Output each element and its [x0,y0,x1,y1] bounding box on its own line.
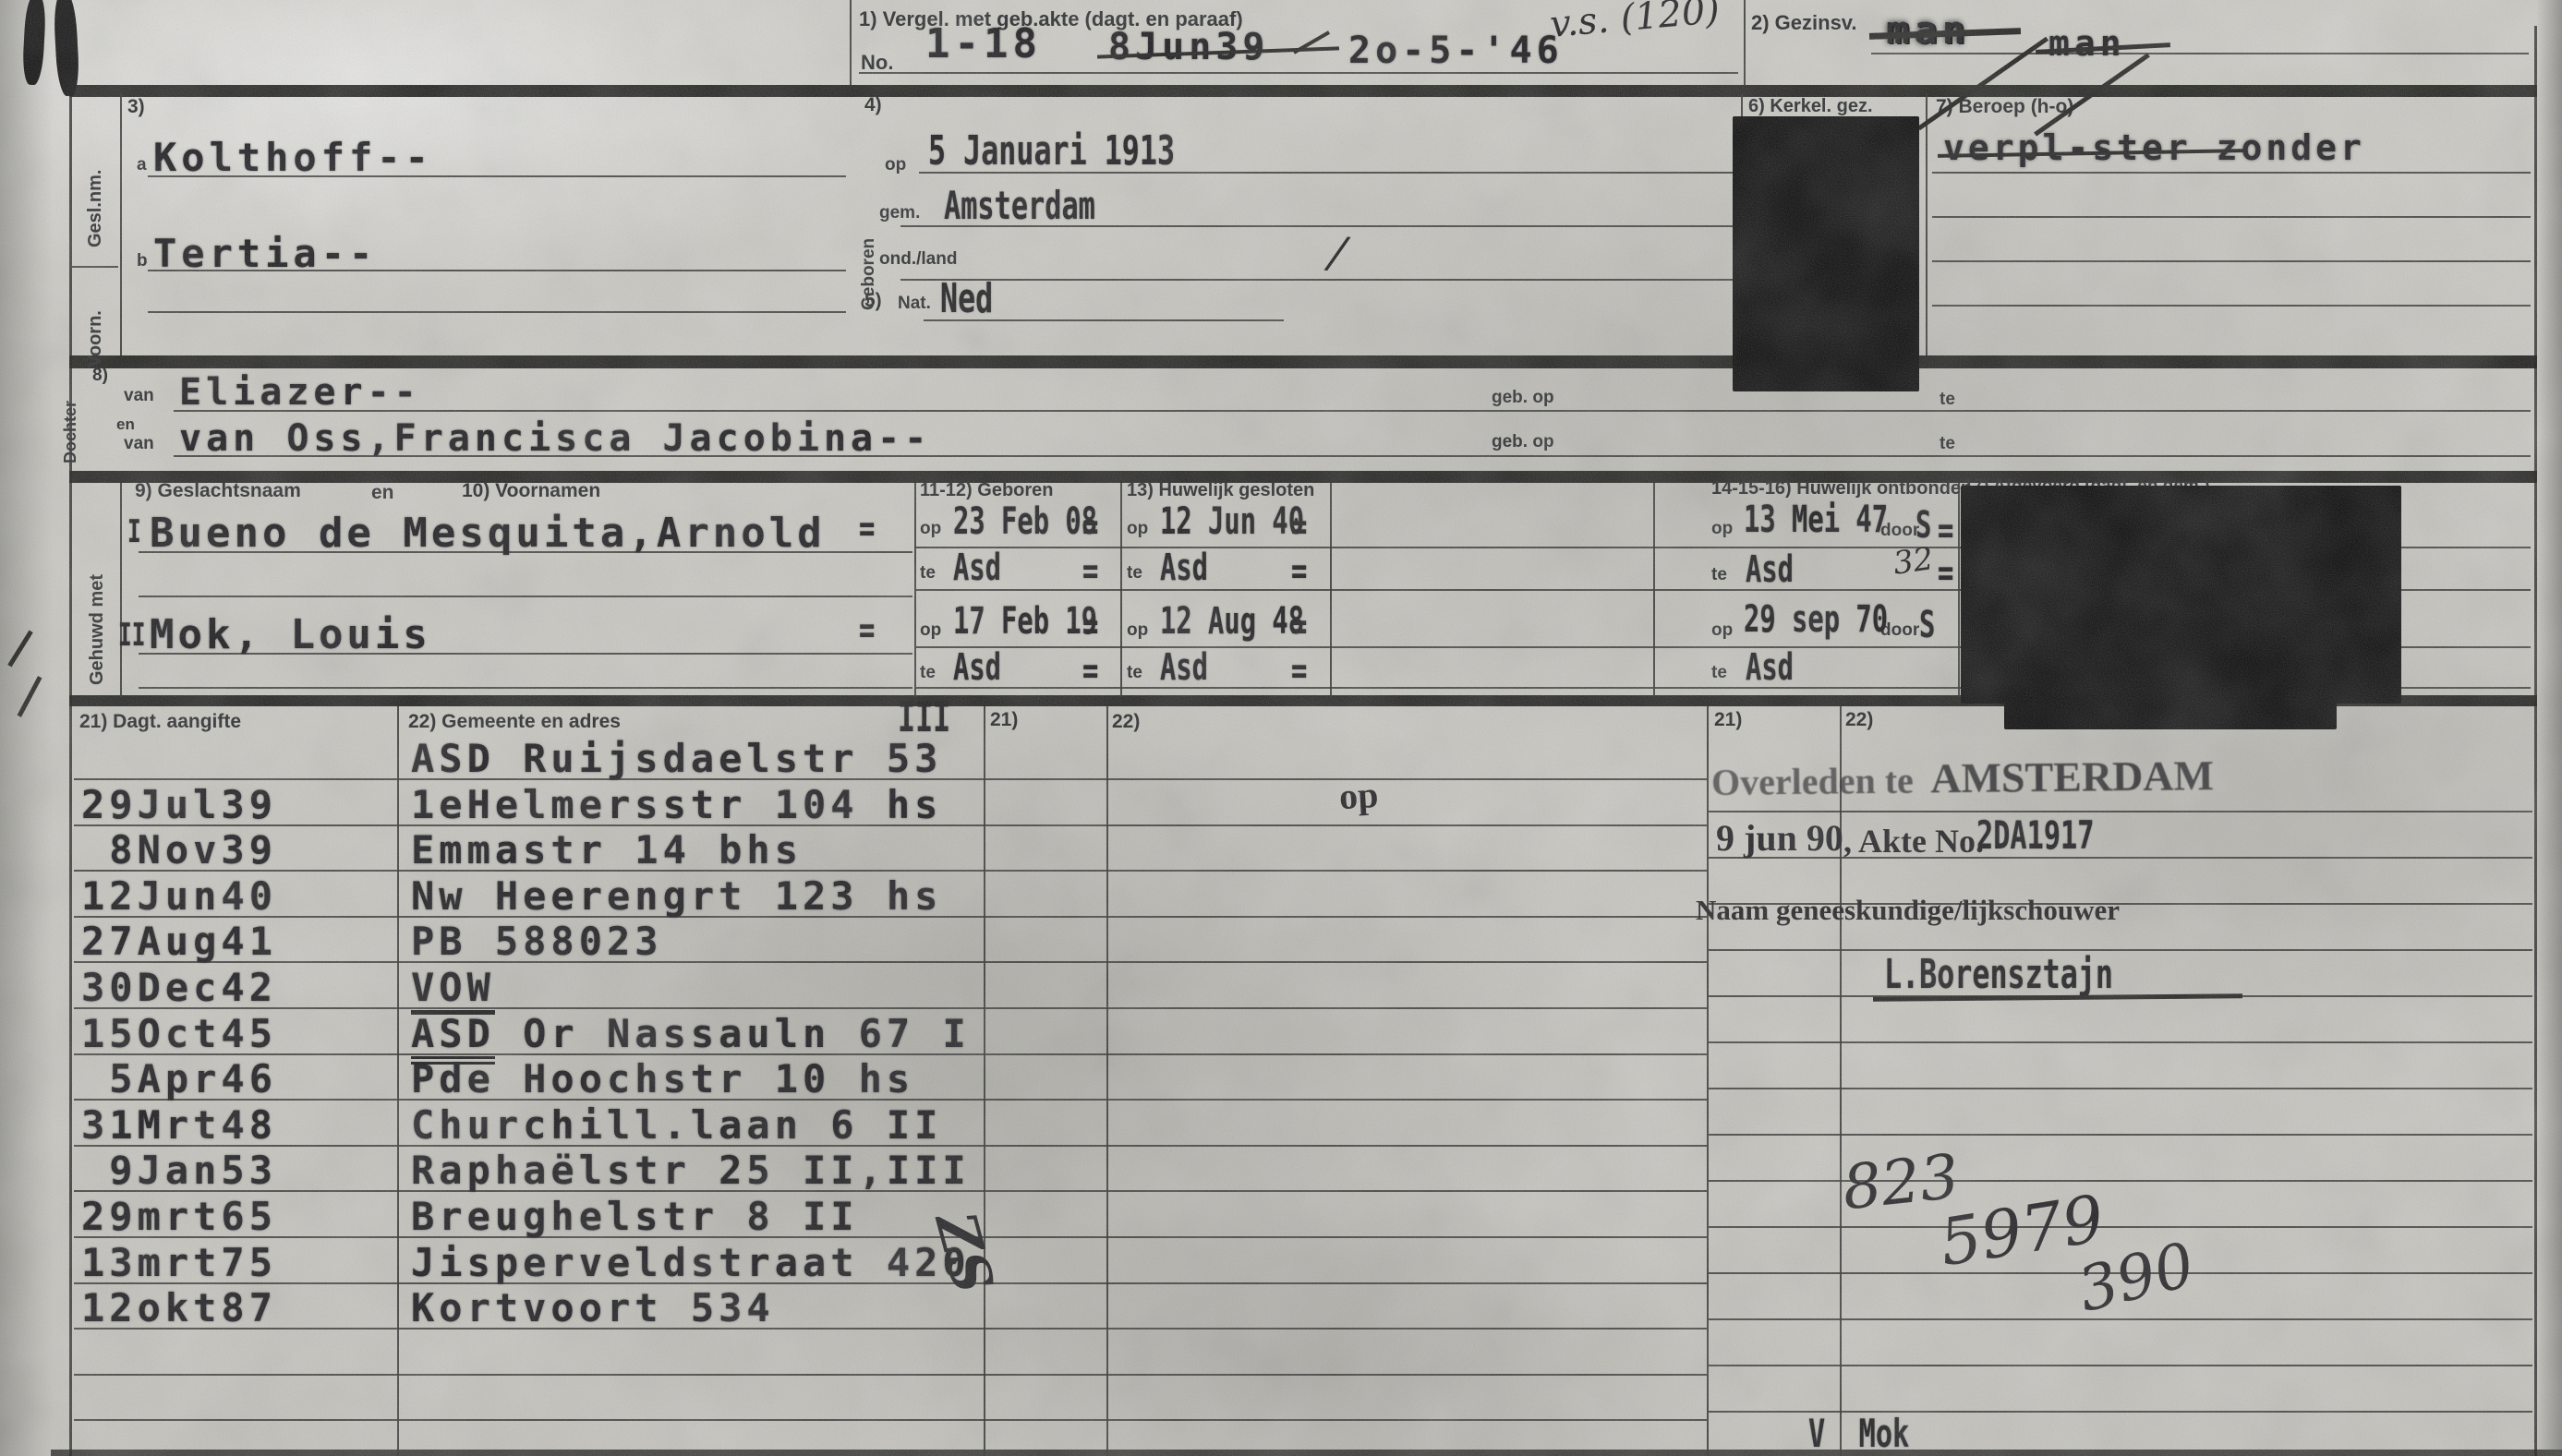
struck-date: 8Jun39 [1108,26,1270,68]
rule-line [1709,811,2532,812]
equals-mark: = [1082,606,1098,648]
border [850,0,852,85]
table-row-date: 30Dec42 [81,965,277,1010]
en-label: en [116,415,135,434]
border [984,706,985,1456]
equals-mark: = [1291,506,1307,548]
section5-number: 5) [864,290,882,312]
side-label-geslachtsnaam: Gesl.nm. [85,170,106,247]
rule-line [74,1328,1707,1330]
op-label: op [1711,620,1733,641]
border [120,483,122,697]
rule-line [1709,1318,2532,1320]
header-col21: 21) [990,709,1018,731]
handwritten-slash: / [1326,226,1348,280]
divorce-date: 29 sep 70 [1744,598,1888,641]
border [1744,0,1746,85]
side-label-dochter: Dochter [61,401,80,463]
separator [69,85,2537,97]
table-row-address: ASD Ruijsdaelstr 53 [411,736,942,781]
handwritten-paraaf: v.s. (120) [1548,0,1721,46]
divorce-by: S [1919,604,1935,646]
table-row-address: Breughelstr 8 II [411,1194,859,1239]
equals-mark: = [1082,650,1098,692]
table-row-address: Emmastr 14 bhs [411,827,803,872]
separator [69,355,2537,368]
binding-mark [53,0,80,97]
section3-number: 3) [127,96,145,118]
op-label: op [1711,519,1733,539]
signature: V Mok [1808,1411,1909,1456]
row-tag-b: b [137,251,148,271]
rule-line [1709,1180,2532,1182]
op-label: op [1127,519,1148,539]
akte-number: 1-18 [925,20,1042,67]
te-label: te [1711,565,1727,585]
rule-line [74,1374,1707,1376]
header-voornamen: 10) Voornamen [462,480,600,502]
rule-line [74,1007,1707,1009]
equals-mark: = [859,609,875,652]
handwritten-note: 32 [1891,540,1935,583]
rule-line [74,961,1707,963]
header-huwelijk-ontbonden: 14-15-16) Huwelijk ontbonden [1711,478,1972,499]
header-geslachtsnaam: 9) Geslachtsnaam [135,480,301,502]
handwritten-zs-mark: ZS [922,1206,1005,1300]
table-row-date: 5Apr46 [81,1056,277,1101]
equals-mark: = [859,508,875,550]
field-father-name: Eliazer-- [179,371,421,414]
border [1106,706,1108,1456]
header-dagtekening-aangifte: 21) Dagt. aangifte [79,711,241,733]
table-row-date: 9Jan53 [81,1148,277,1193]
redaction-box-afgevoerd [1961,486,2401,704]
field-nationality: Ned [940,275,993,322]
overleden-te-text: Overleden te [1711,760,1914,803]
te-label: te [920,663,936,683]
spouse-birth-place: Asd [953,547,1001,589]
divorce-place: Asd [1746,646,1794,689]
table-row-address: Raphaëlstr 25 II,III [411,1148,971,1193]
te-label: te [1127,563,1142,584]
roman-three-mark: III [898,694,950,741]
divorce-place: Asd [1746,548,1794,591]
te-label: te [1711,663,1727,683]
equals-mark: = [1938,510,1953,552]
death-akte-number: 2DA1917 [1976,812,2094,858]
table-row-address: Nw Heerengrt 123 hs [411,873,942,919]
spouse-birth-date: 23 Feb 08 [953,500,1097,543]
spouse-name: Bueno de Mesquita,Arnold [150,510,826,557]
field-beroep: verpl-ster zonder [1943,127,2365,168]
rule-line [1709,949,2532,951]
table-row-date: 29mrt65 [81,1194,277,1239]
border [1926,93,1928,355]
field-birth-date: 5 Januari 1913 [928,127,1175,174]
border [397,706,399,1456]
akte-no-label: , Akte No. [1843,822,1984,860]
marriage-place: Asd [1160,646,1208,689]
header-huwelijk-gesloten: 13) Huwelijk gesloten [1127,480,1314,501]
rule [1932,260,2531,262]
op-label: op [920,620,941,641]
rule [148,311,846,313]
rule [139,687,912,689]
header-gemeente-adres: 22) Gemeente en adres [408,711,621,733]
marriage-date: 12 Aug 48 [1160,600,1304,643]
rule-line [1709,1041,2532,1043]
row-tag-a: a [137,155,147,175]
rule-line [1709,1088,2532,1089]
no-label: No. [861,51,893,75]
rule-line [1709,1226,2532,1228]
gem-label: gem. [879,203,920,223]
verification-date: 2o-5-'46 [1348,30,1564,72]
rule [859,72,1738,74]
divorce-date: 13 Mei 47 [1744,499,1888,541]
nat-label: Nat. [898,294,931,314]
rule-line [1709,1365,2532,1366]
rule-line [74,1236,1707,1238]
rule [139,596,912,597]
equals-mark: = [1291,606,1307,648]
table-row-date: 31Mrt48 [81,1102,277,1148]
field-label-gezinsv: 2) Gezinsv. [1751,11,1857,35]
table-row-address: 1eHelmersstr 104 hs [411,782,942,827]
field-geslachtsnaam: Kolthoff-- [153,135,433,180]
marriage-place: Asd [1160,547,1208,589]
rule [900,279,1736,281]
te-label: te [1127,663,1142,683]
left-edge-shadow [0,0,54,1456]
header-en: en [371,482,394,504]
section4-number: 4) [864,94,882,116]
table-row-address: Churchill.laan 6 II [411,1102,942,1148]
side-label-gehuwd-met: Gehuwd met [87,574,108,685]
card-left-border [69,37,72,1456]
underlined-word: VOW [411,965,495,1015]
op-label: op [920,519,941,539]
spouse-birth-place: Asd [953,646,1001,689]
border [1707,706,1709,1456]
van-label: van [124,386,154,406]
op-label: op [1127,620,1148,641]
field-mother-name: van Oss,Francisca Jacobina-- [179,417,931,460]
equals-mark: = [1938,552,1953,595]
table-row-date: 12okt87 [81,1285,277,1330]
geb-op-label: geb. op [1492,432,1554,452]
archive-card: 1) Vergel. met geb.akte (dagt. en paraaf… [0,0,2562,1456]
bottom-edge [51,1450,2562,1456]
doctor-name: L.Borensztajn [1884,951,2113,998]
van-label: van [124,434,154,454]
table-row-date: 13mrt75 [81,1240,277,1285]
te-label: te [1940,434,1955,454]
naam-geneeskundige-label: Naam geneeskundige/lijkschouwer [1696,894,2120,927]
border [120,93,122,355]
death-city: AMSTERDAM [1930,752,2214,801]
spouse-name: Mok, Louis [150,611,431,658]
section8-number: 8) [92,366,108,386]
table-row-address: ASD Or Nassauln 67 I [411,1011,971,1056]
table-row-date: 8Nov39 [81,827,277,872]
rule-line [74,870,1707,872]
field-birth-place: Amsterdam [944,183,1095,228]
equals-mark: = [1082,550,1098,593]
table-row-date: 12Jun40 [81,873,277,919]
geb-op-label: geb. op [1492,388,1554,408]
table-row-date: 15Oct45 [81,1011,277,1056]
te-label: te [1940,390,1955,410]
rule [1932,305,2531,307]
header-geboren: 11-12) Geboren [920,480,1054,501]
marriage-date: 12 Jun 40 [1160,500,1304,543]
table-row-address: Kortvoort 534 [411,1285,775,1330]
te-label: te [920,563,936,584]
spouse-roman: I [127,513,141,550]
rule [1932,172,2531,174]
spouse-birth-date: 17 Feb 19 [953,600,1097,643]
rule-line [74,1419,1707,1421]
rule [1932,216,2531,218]
table-row-date: 27Aug41 [81,919,277,964]
table-row-address: Pde Hoochstr 10 hs [411,1056,914,1101]
rule [1871,53,2529,54]
side-label-voornaam: Voorn. [85,310,106,367]
table-row-address: PB 588023 [411,919,663,964]
rule [72,266,118,268]
op-label: op [885,155,906,175]
spouse-roman: II [118,617,145,654]
equals-mark: = [1291,650,1307,692]
header-col22: 22) [1845,709,1873,731]
redaction-box-top-right [2004,694,2337,729]
death-stamp-line: Overleden te AMSTERDAM [1711,751,2214,805]
redaction-box-religion [1733,116,1919,391]
death-date: 9 jun 90 [1716,816,1843,860]
rule-line [1709,1134,2532,1136]
header-col21: 21) [1714,709,1742,731]
table-row-address: VOW [411,965,495,1010]
equals-mark: = [1291,550,1307,593]
header-col22: 22) [1112,711,1140,733]
table-row-date: 29Jul39 [81,782,277,827]
field-voornaam: Tertia-- [153,231,377,276]
field-label-kerkelijke-gezindte: 6) Kerkel. gez. [1748,96,1873,117]
table-row-address: Jisperveldstraat 420 [411,1240,971,1285]
right-edge-shadow [2536,0,2562,1456]
op-stamp: op [1338,773,1380,818]
struck-gezinsverhouding-2: man [2048,23,2126,64]
ond-land-label: ond./land [879,249,957,270]
equals-mark: = [1082,506,1098,548]
rule [174,410,2531,412]
